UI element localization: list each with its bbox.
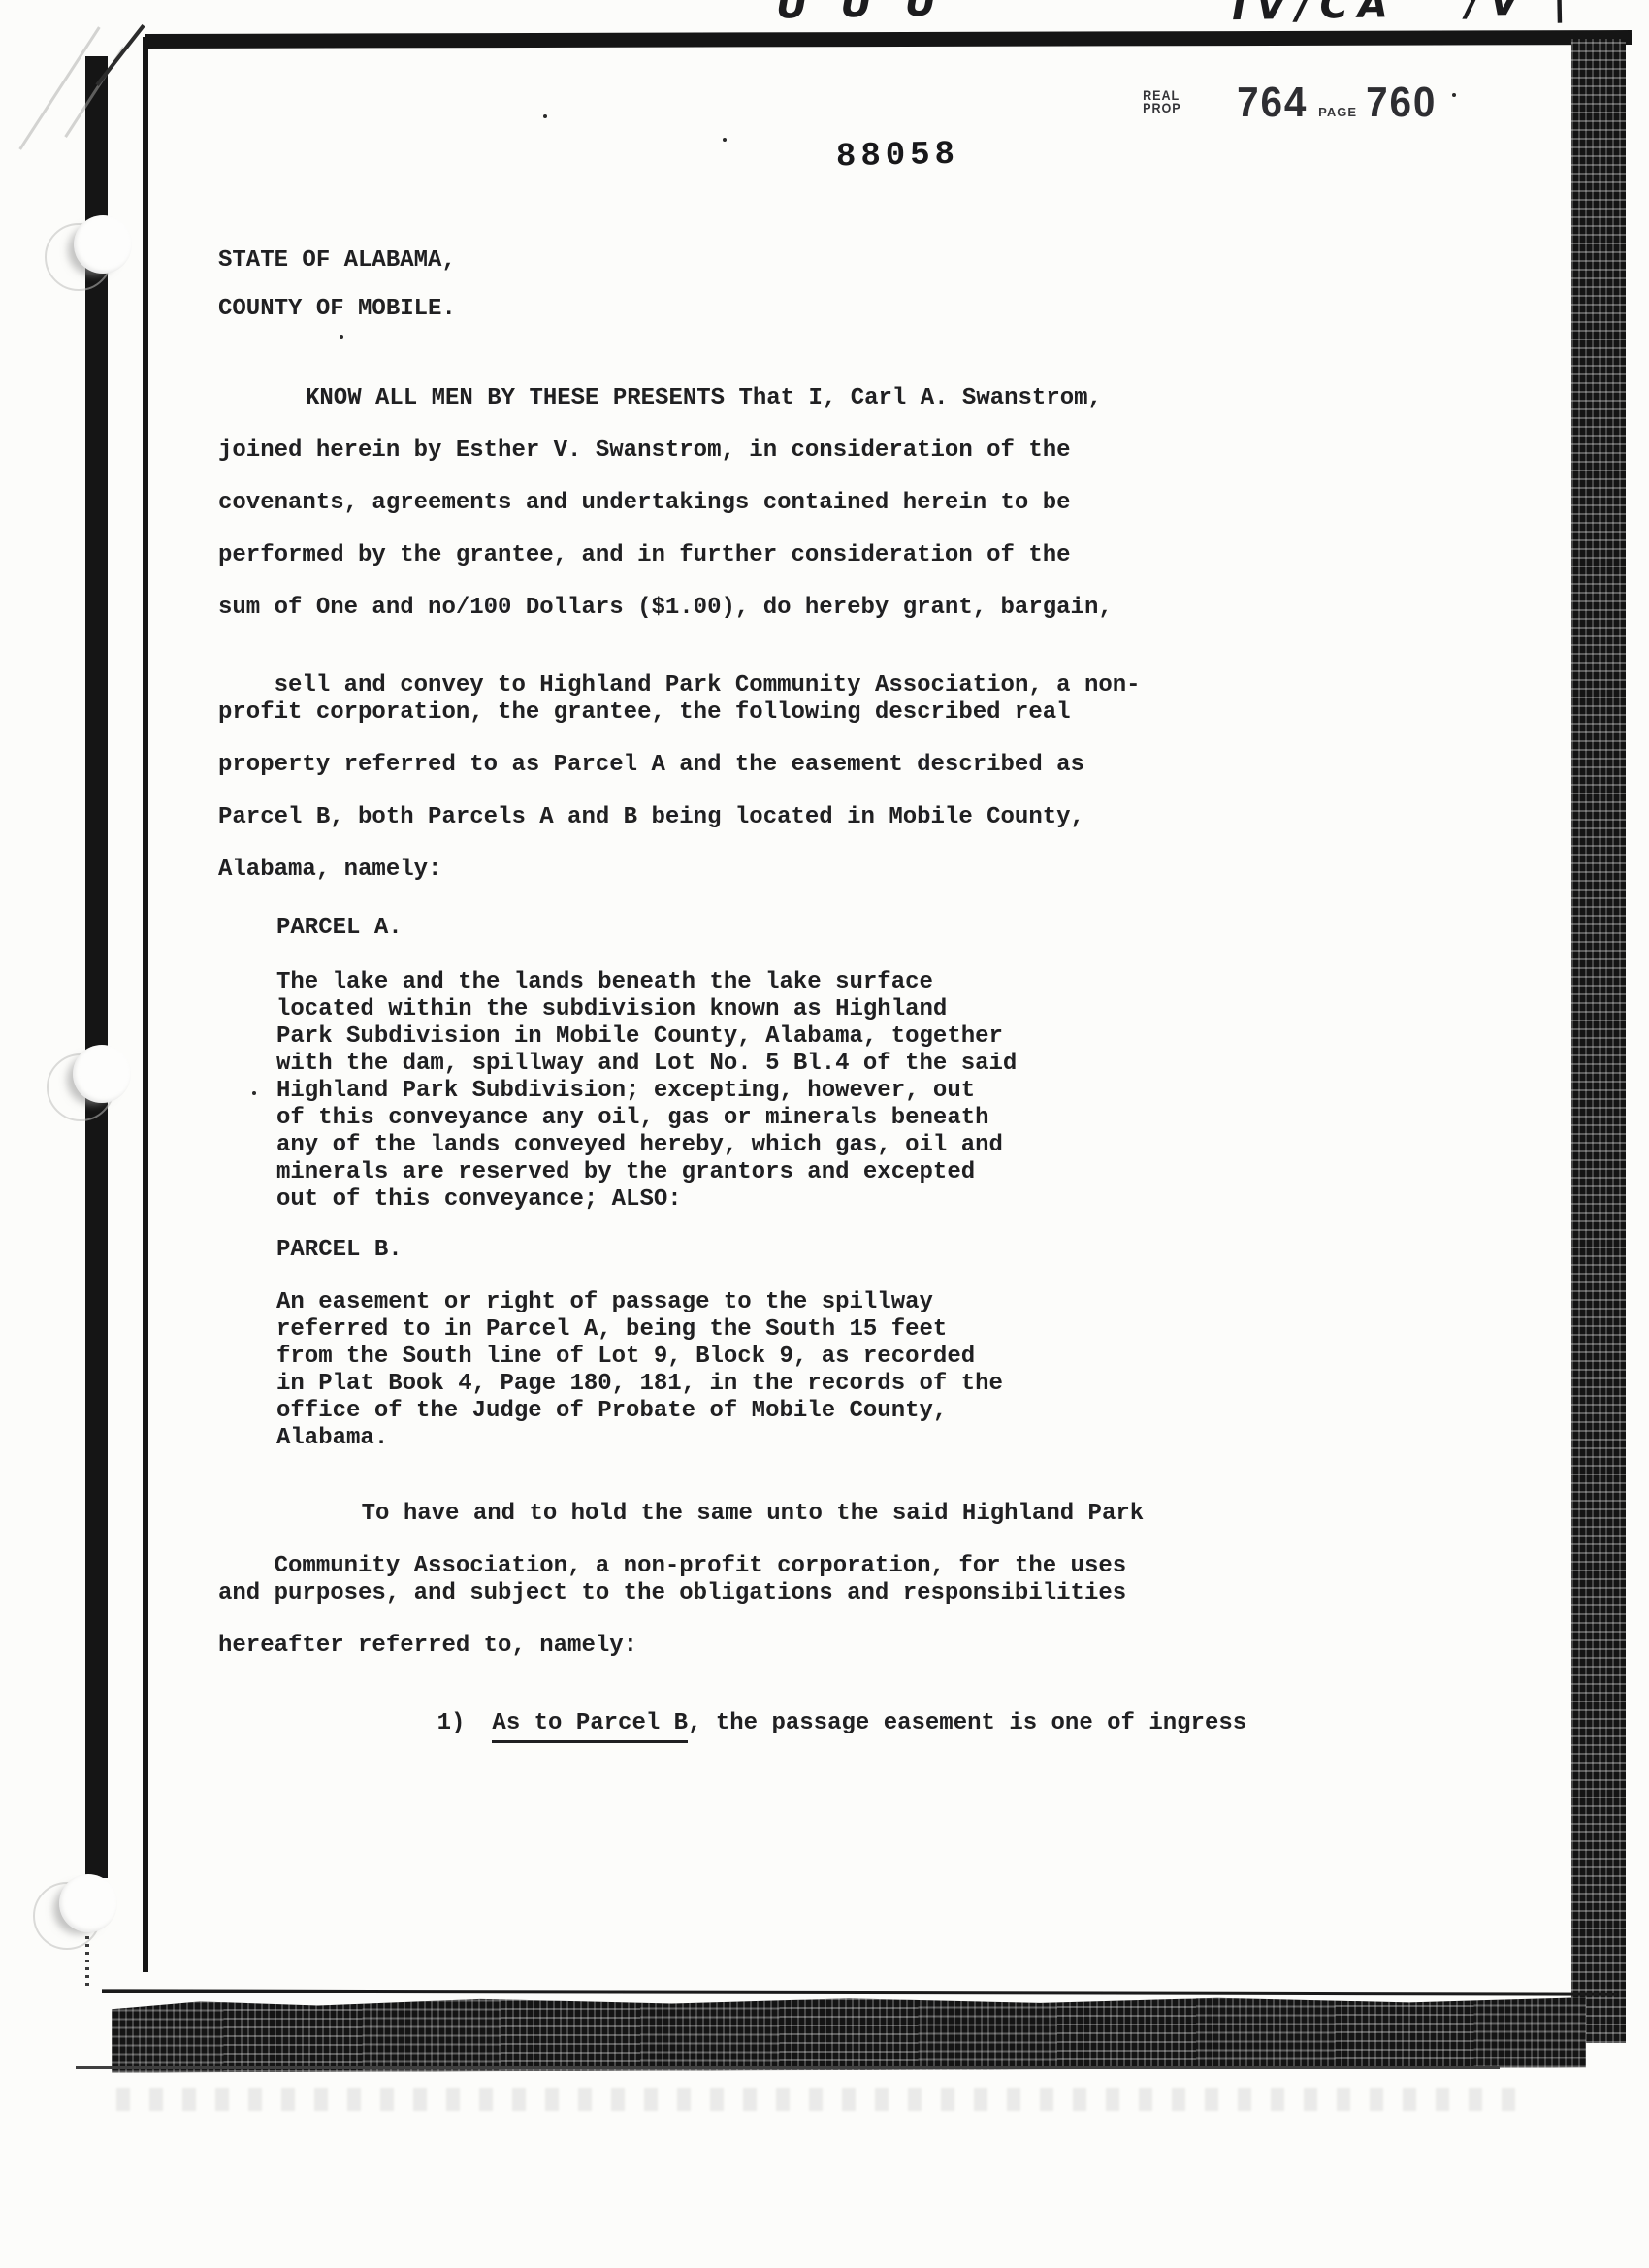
scan-bottom-band — [112, 1993, 1586, 2072]
text-line: Parcel B, both Parcels A and B being loc… — [218, 805, 1084, 830]
scan-left-thin-line — [143, 37, 148, 1972]
highlighted-text: nity Asso — [344, 1553, 470, 1579]
text-line: Highland Park Subdivision; excepting, ho… — [276, 1079, 975, 1104]
parcel-a-heading: PARCEL A. — [276, 916, 403, 941]
text-line: located within the subdivision known as … — [276, 997, 947, 1022]
stamp-book-number: 764 — [1237, 81, 1308, 124]
text-line: out of this conveyance; ALSO: — [276, 1187, 682, 1213]
text-line: property referred to as Parcel A and the… — [218, 753, 1084, 778]
text-segment: Commu — [275, 1553, 344, 1579]
text-line: with the dam, spillway and Lot No. 5 Bl.… — [276, 1052, 1017, 1077]
text-line: An easement or right of passage to the s… — [276, 1290, 933, 1315]
text-segment: sell and convey to Hi — [275, 672, 567, 698]
text-segment: Park Comm — [665, 672, 792, 698]
underlined-text: As to Parcel B — [492, 1710, 688, 1743]
highlighted-text: Highland Park — [962, 1501, 1144, 1527]
header-state-line: STATE OF ALABAMA, — [218, 248, 456, 274]
stamp-page-number: 760 — [1366, 81, 1437, 124]
text-line: from the South line of Lot 9, Block 9, a… — [276, 1345, 975, 1370]
text-line: Park Subdivision in Mobile County, Alaba… — [276, 1024, 1003, 1050]
stamp-label-line2: PROP — [1143, 102, 1180, 114]
crease-mark — [95, 24, 145, 86]
handwriting-top-center: U U U — [776, 0, 947, 25]
text-line: sum of One and no/100 Dollars ($1.00), d… — [218, 596, 1113, 621]
text-line: Alabama, namely: — [218, 858, 441, 883]
header-county-line: COUNTY OF MOBILE. — [218, 297, 456, 322]
scan-bottom-rule — [102, 1989, 1617, 1995]
stamp-page-label: PAGE — [1318, 105, 1357, 119]
stamp-real-prop-label: REAL PROP — [1143, 89, 1180, 114]
punch-hole — [59, 1874, 117, 1932]
text-line: minerals are reserved by the grantors an… — [276, 1160, 975, 1185]
item-number: 1) — [437, 1710, 466, 1736]
text-line: in Plat Book 4, Page 180, 181, in the re… — [276, 1372, 1003, 1397]
scan-dot — [543, 114, 547, 118]
text-line: The lake and the lands beneath the lake … — [276, 970, 933, 995]
scan-dot — [1452, 93, 1456, 97]
scan-top-edge-band — [145, 30, 1632, 49]
highlighted-text: ghland — [567, 672, 665, 698]
recording-stamp: REAL PROP 764 PAGE 760 — [1141, 81, 1439, 124]
text-line: referred to in Parcel A, being the South… — [276, 1317, 947, 1343]
scan-dot — [339, 335, 343, 339]
scanned-document-page: U U U IV/CA '/V | REAL PROP 764 PAGE 760… — [0, 0, 1649, 2268]
scan-speckle-trail — [85, 1935, 89, 1986]
text-line: profit corporation, the grantee, the fol… — [218, 700, 1071, 726]
scan-ghost-smudge — [116, 2088, 1533, 2111]
text-line: joined herein by Esther V. Swanstrom, in… — [218, 438, 1071, 464]
scan-dot — [723, 138, 727, 142]
document-number: 88058 — [836, 139, 960, 175]
text-line: hereafter referred to, namely: — [218, 1634, 637, 1659]
punch-hole — [74, 215, 132, 274]
text-line: Alabama. — [276, 1426, 388, 1451]
text-segment: Association, a non- — [875, 672, 1141, 698]
text-segment: To have and to hold the same unto the sa… — [362, 1501, 962, 1527]
punch-hole — [73, 1045, 131, 1103]
scan-right-edge-band — [1571, 39, 1626, 2043]
text-line: covenants, agreements and undertakings c… — [218, 491, 1071, 516]
scan-bottom-thin-line — [76, 2066, 1500, 2069]
scan-dot — [252, 1091, 256, 1095]
highlighted-text: unity — [792, 672, 875, 698]
scan-left-vertical-band — [85, 56, 108, 1878]
text-line: of this conveyance any oil, gas or miner… — [276, 1106, 989, 1131]
numbered-item-line: 1)As to Parcel B, the passage easement i… — [381, 1686, 1246, 1763]
handwriting-top-right: IV/CA '/V | — [1232, 0, 1577, 26]
text-segment: ciation, a non-profit corporation, for t… — [469, 1553, 1126, 1579]
text-line: KNOW ALL MEN BY THESE PRESENTS That I, C… — [306, 386, 1102, 411]
parcel-b-heading: PARCEL B. — [276, 1238, 403, 1263]
text-segment: , the passage easement is one of ingress — [688, 1710, 1246, 1736]
text-line: any of the lands conveyed hereby, which … — [276, 1133, 1003, 1158]
text-line: performed by the grantee, and in further… — [218, 543, 1071, 568]
text-line: and purposes, and subject to the obligat… — [218, 1581, 1126, 1606]
text-line: office of the Judge of Probate of Mobile… — [276, 1399, 947, 1424]
